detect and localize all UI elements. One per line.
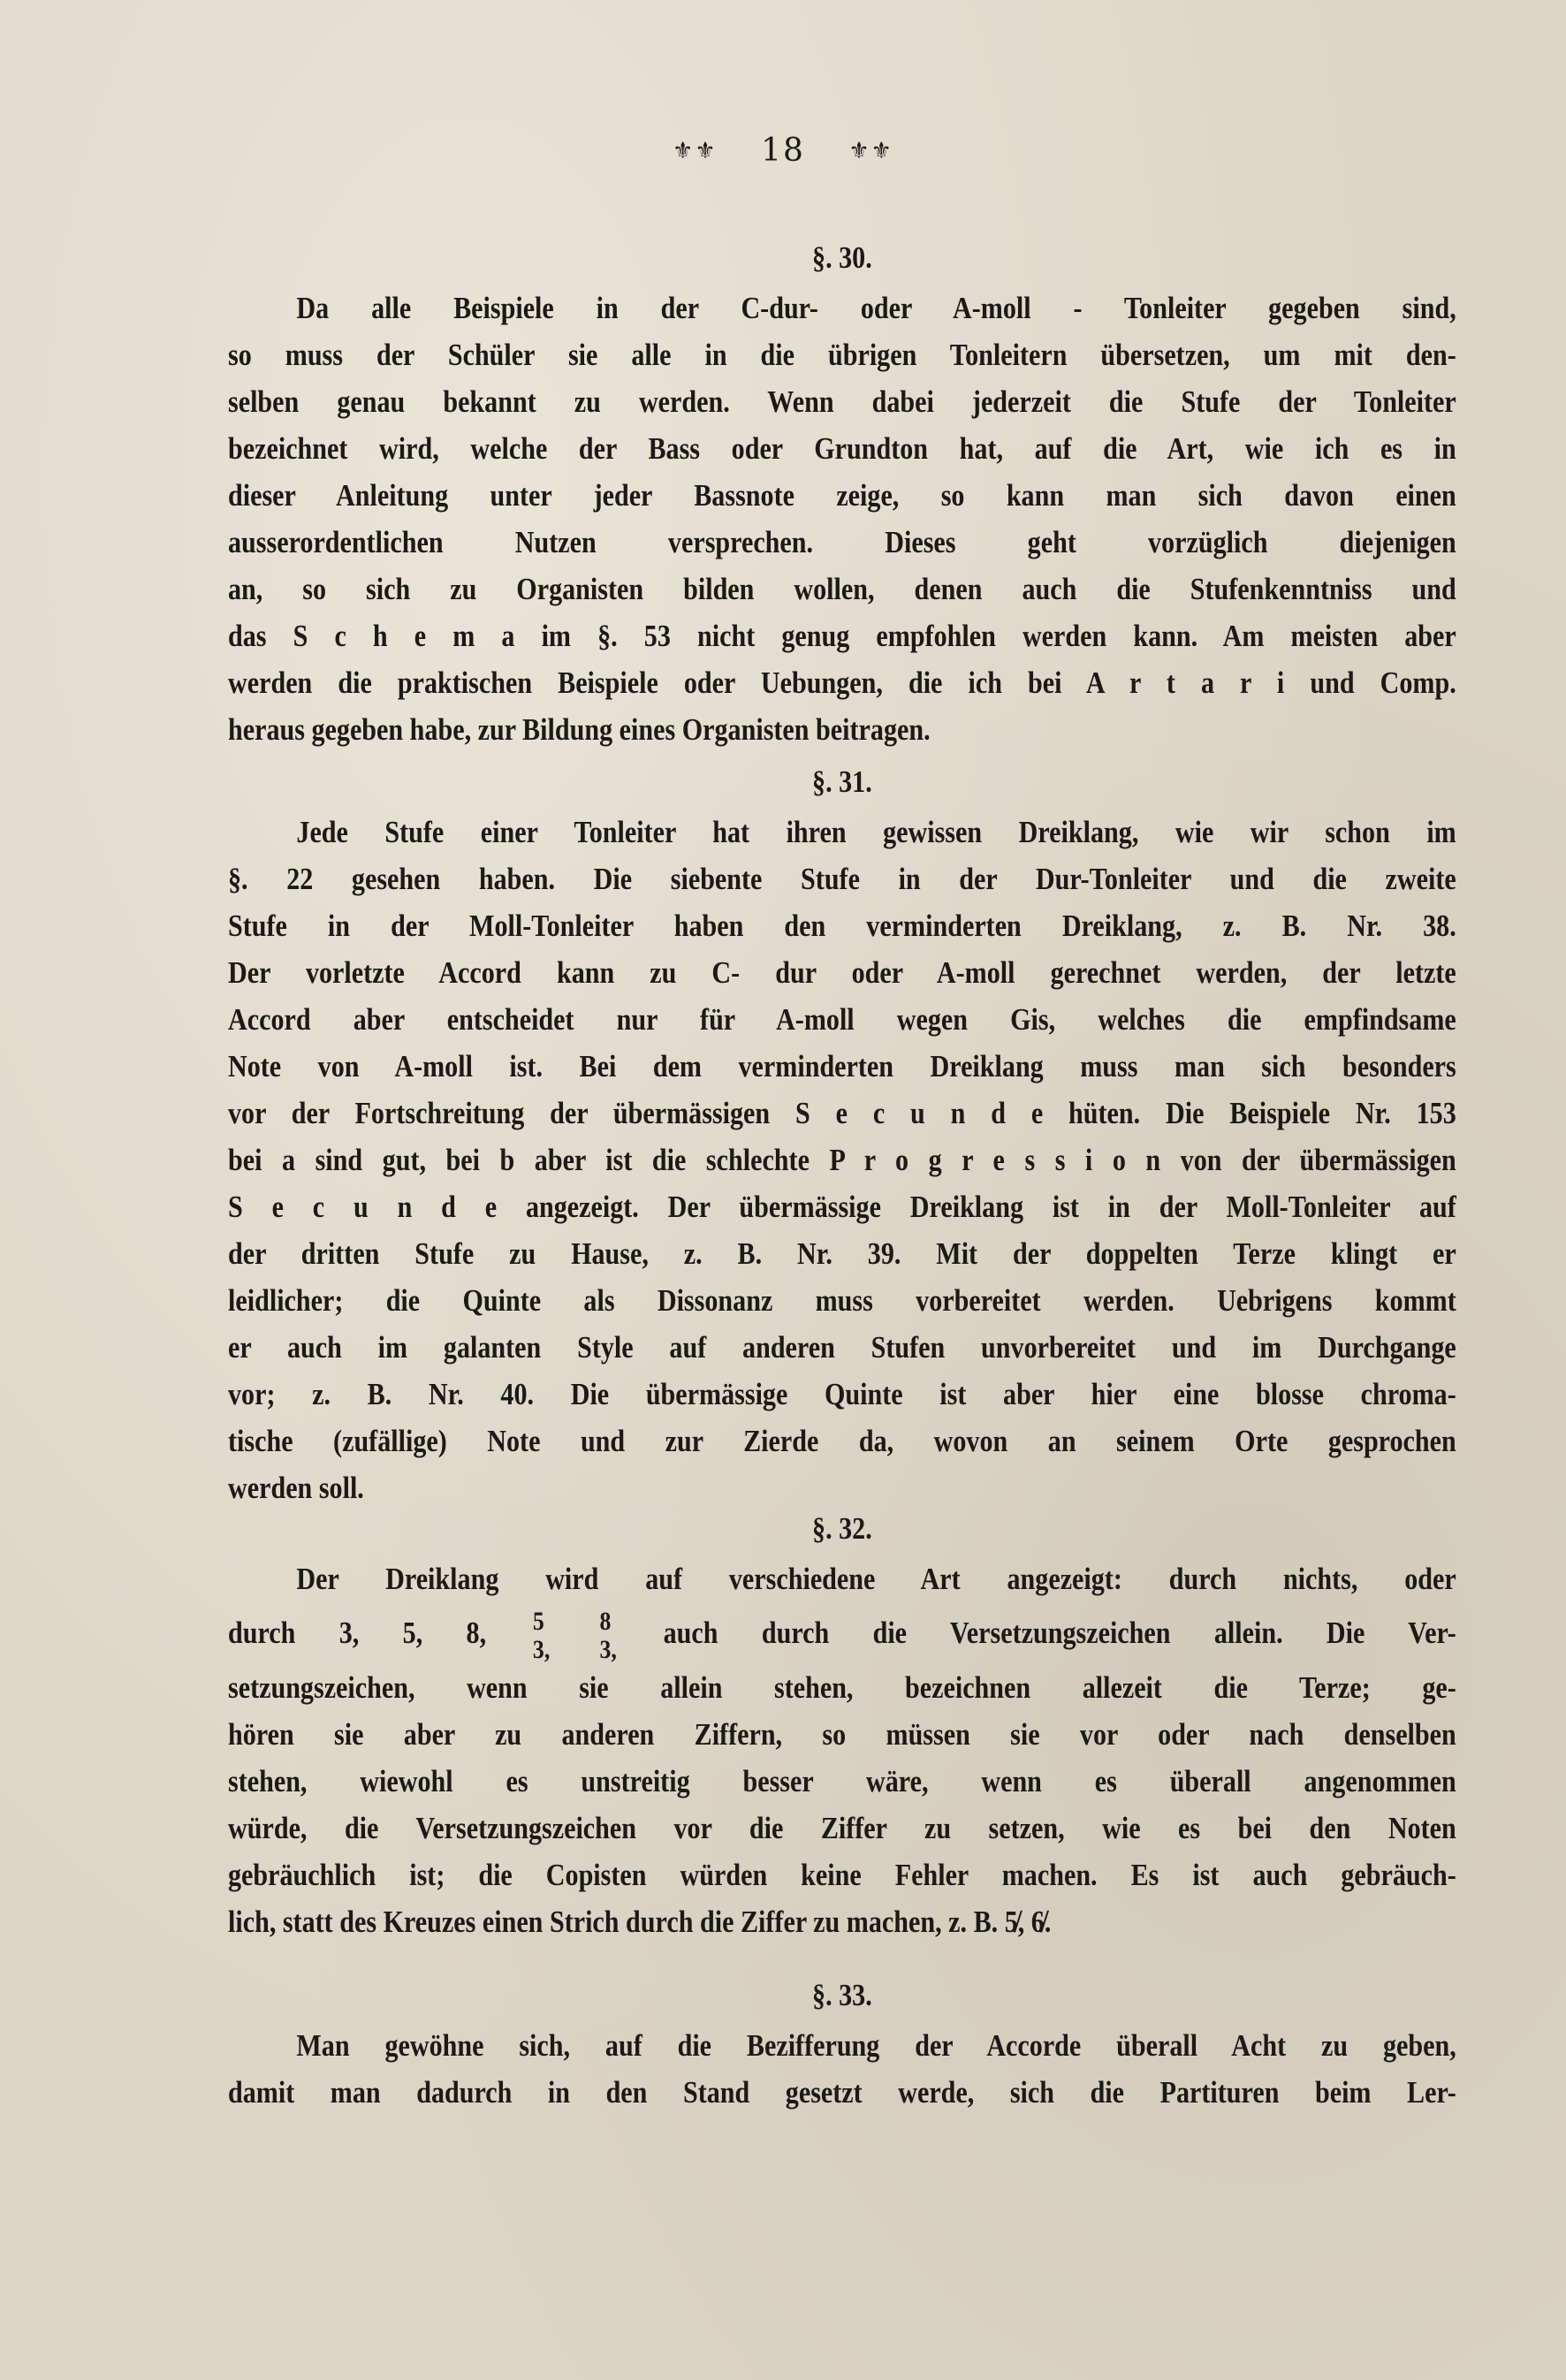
text-line: hören sie aber zu anderen Ziffern, so mü… <box>228 1711 1456 1758</box>
text-line: Der vorletzte Accord kann zu C- dur oder… <box>228 949 1456 996</box>
text-line: lich, statt des Kreuzes einen Strich dur… <box>228 1898 1456 1945</box>
page-header: ⚜⚜ 18 ⚜⚜ <box>0 133 1566 169</box>
text-line: würde, die Versetzungszeichen vor die Zi… <box>228 1805 1456 1852</box>
ornament-left-icon: ⚜⚜ <box>673 138 718 164</box>
text-line: das S c h e m a im §. 53 nicht genug emp… <box>228 612 1456 659</box>
figured-bass-5-3: 53, <box>533 1608 550 1664</box>
section-heading: §. 31. <box>228 756 1456 809</box>
text-line: so muss der Schüler sie alle in die übri… <box>228 331 1456 378</box>
text-line: Accord aber entscheidet nur für A-moll w… <box>228 996 1456 1043</box>
text-line: S e c u n d e angezeigt. Der übermässige… <box>228 1183 1456 1230</box>
section-heading: §. 33. <box>228 1969 1456 2022</box>
text-line-with-figures: durch 3, 5, 8, 53, 83, auch durch die Ve… <box>228 1602 1456 1664</box>
text-line: stehen, wiewohl es unstreitig besser wär… <box>228 1758 1456 1805</box>
text-line: er auch im galanten Style auf anderen St… <box>228 1324 1456 1371</box>
text-line: setzungszeichen, wenn sie allein stehen,… <box>228 1664 1456 1711</box>
text-line: leidlicher; die Quinte als Dissonanz mus… <box>228 1277 1456 1324</box>
page-number: 18 <box>761 133 805 169</box>
section-heading: §. 32. <box>228 1502 1456 1555</box>
text-line: der dritten Stufe zu Hause, z. B. Nr. 39… <box>228 1230 1456 1277</box>
text-line: vor der Fortschreitung der übermässigen … <box>228 1090 1456 1137</box>
text-line: Man gewöhne sich, auf die Bezifferung de… <box>228 2022 1456 2069</box>
text-line: Da alle Beispiele in der C-dur- oder A-m… <box>228 285 1456 331</box>
text-line: heraus gegeben habe, zur Bildung eines O… <box>228 706 1456 753</box>
text-line: Note von A-moll ist. Bei dem verminderte… <box>228 1043 1456 1090</box>
section-33: §. 33. Man gewöhne sich, auf die Beziffe… <box>228 1969 1284 2116</box>
text-line: selben genau bekannt zu werden. Wenn dab… <box>228 378 1456 425</box>
text-line: tische (zufällige) Note und zur Zierde d… <box>228 1418 1456 1464</box>
book-page: ⚜⚜ 18 ⚜⚜ §. 30. Da alle Beispiele in der… <box>0 0 1566 2380</box>
ornament-right-icon: ⚜⚜ <box>848 138 893 164</box>
section-31: §. 31. Jede Stufe einer Tonleiter hat ih… <box>228 756 1284 1511</box>
text-line: gebräuchlich ist; die Copisten würden ke… <box>228 1852 1456 1898</box>
text-line: Jede Stufe einer Tonleiter hat ihren gew… <box>228 809 1456 855</box>
text-line: §. 22 gesehen haben. Die siebente Stufe … <box>228 855 1456 902</box>
text-line: ausserordentlichen Nutzen versprechen. D… <box>228 519 1456 566</box>
text-line: dieser Anleitung unter jeder Bassnote ze… <box>228 472 1456 519</box>
text-line: bezeichnet wird, welche der Bass oder Gr… <box>228 425 1456 472</box>
text-line: bei a sind gut, bei b aber ist die schle… <box>228 1137 1456 1183</box>
section-heading: §. 30. <box>228 232 1456 285</box>
text-line: Stufe in der Moll-Tonleiter haben den ve… <box>228 902 1456 949</box>
section-32: §. 32. Der Dreiklang wird auf verschiede… <box>228 1502 1284 1945</box>
text-line: an, so sich zu Organisten bilden wollen,… <box>228 566 1456 612</box>
text-line: damit man dadurch in den Stand gesetzt w… <box>228 2069 1456 2116</box>
figured-bass-8-3: 83, <box>599 1608 616 1664</box>
text-line: vor; z. B. Nr. 40. Die übermässige Quint… <box>228 1371 1456 1418</box>
text-line: werden die praktischen Beispiele oder Ue… <box>228 659 1456 706</box>
section-30: §. 30. Da alle Beispiele in der C-dur- o… <box>228 232 1284 753</box>
text-line: Der Dreiklang wird auf verschiedene Art … <box>228 1555 1456 1602</box>
